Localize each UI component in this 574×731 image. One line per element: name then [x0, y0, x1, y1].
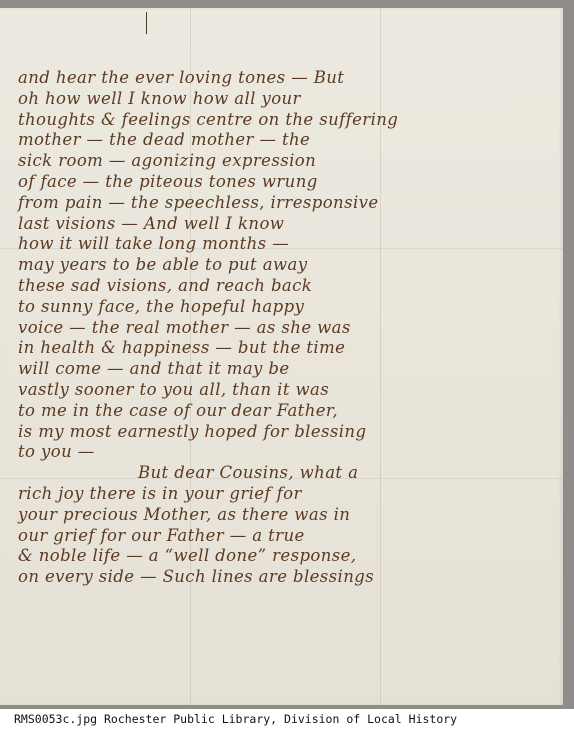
text-line: thoughts & feelings centre on the suffer…: [18, 110, 558, 131]
text-line: & noble life — a “well done” response,: [18, 546, 558, 567]
text-line: our grief for our Father — a true: [18, 526, 558, 547]
text-line: your precious Mother, as there was in: [18, 505, 558, 526]
text-line: mother — the dead mother — the: [18, 130, 558, 151]
text-line: last visions — And well I know: [18, 214, 558, 235]
text-line: how it will take long months —: [18, 234, 558, 255]
image-caption: RMS0053c.jpg Rochester Public Library, D…: [14, 712, 457, 726]
ink-mark: [146, 12, 147, 34]
text-line: may years to be able to put away: [18, 255, 558, 276]
text-line: is my most earnestly hoped for blessing: [18, 422, 558, 443]
text-line: and hear the ever loving tones — But: [18, 68, 558, 89]
text-line: on every side — Such lines are blessings: [18, 567, 558, 588]
scan-background: and hear the ever loving tones — But oh …: [0, 0, 574, 709]
text-line: voice — the real mother — as she was: [18, 318, 558, 339]
text-line: vastly sooner to you all, than it was: [18, 380, 558, 401]
text-line: will come — and that it may be: [18, 359, 558, 380]
text-line: to sunny face, the hopeful happy: [18, 297, 558, 318]
text-line: of face — the piteous tones wrung: [18, 172, 558, 193]
text-line: to you —: [18, 442, 558, 463]
text-line: oh how well I know how all your: [18, 89, 558, 110]
text-line: to me in the case of our dear Father,: [18, 401, 558, 422]
text-line: these sad visions, and reach back: [18, 276, 558, 297]
text-line: from pain — the speechless, irresponsive: [18, 193, 558, 214]
text-line: sick room — agonizing expression: [18, 151, 558, 172]
letter-page: and hear the ever loving tones — But oh …: [0, 8, 563, 705]
text-line-paragraph-start: But dear Cousins, what a: [18, 463, 558, 484]
handwritten-text: and hear the ever loving tones — But oh …: [18, 68, 558, 588]
text-line: in health & happiness — but the time: [18, 338, 558, 359]
text-line: rich joy there is in your grief for: [18, 484, 558, 505]
